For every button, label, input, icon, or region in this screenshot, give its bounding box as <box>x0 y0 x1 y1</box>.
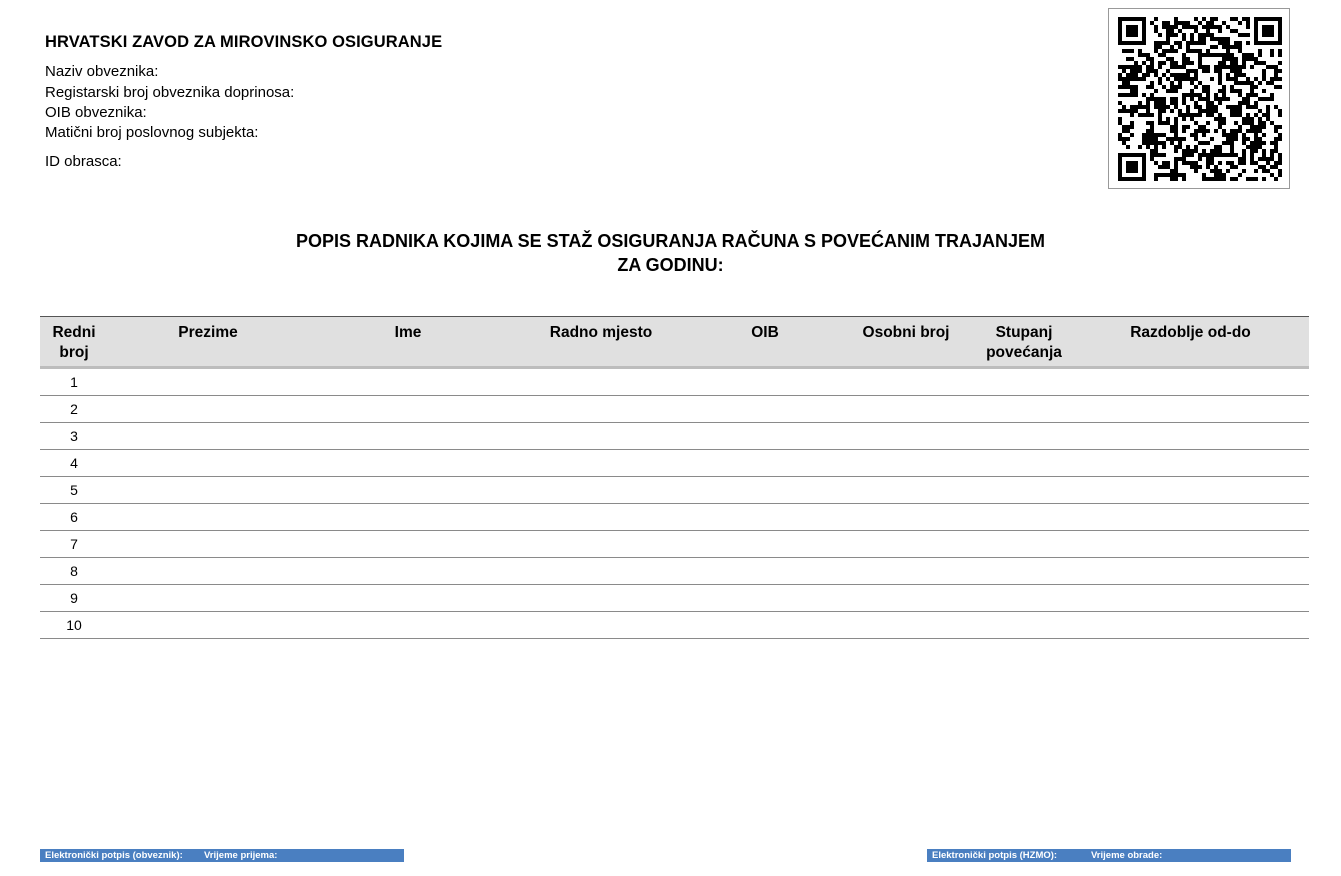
cell-stupanj <box>976 368 1072 396</box>
field-id-obrasca: ID obrasca: <box>45 152 122 172</box>
col-header-stupanj-povecanja: Stupanj povećanja <box>976 317 1072 368</box>
cell-radno-mjesto <box>508 477 694 504</box>
table-row: 6 <box>40 504 1309 531</box>
cell-razdoblje <box>1072 450 1309 477</box>
cell-ime <box>308 504 508 531</box>
cell-stupanj <box>976 423 1072 450</box>
table-row: 4 <box>40 450 1309 477</box>
table-row: 5 <box>40 477 1309 504</box>
cell-prezime <box>108 450 308 477</box>
cell-osobni-broj <box>836 558 976 585</box>
col-header-redni-broj: Redni broj <box>40 317 108 368</box>
col-header-oib: OIB <box>694 317 836 368</box>
cell-redni-broj: 5 <box>40 477 108 504</box>
cell-ime <box>308 558 508 585</box>
col-header-osobni-broj: Osobni broj <box>836 317 976 368</box>
employee-table: Redni broj Prezime Ime Radno mjesto OIB … <box>40 316 1309 639</box>
cell-ime <box>308 423 508 450</box>
cell-osobni-broj <box>836 612 976 639</box>
cell-redni-broj: 3 <box>40 423 108 450</box>
cell-oib <box>694 612 836 639</box>
cell-radno-mjesto <box>508 531 694 558</box>
field-naziv-obveznika: Naziv obveznika: <box>45 62 158 82</box>
cell-ime <box>308 450 508 477</box>
cell-razdoblje <box>1072 558 1309 585</box>
cell-ime <box>308 585 508 612</box>
cell-ime <box>308 368 508 396</box>
table-row: 10 <box>40 612 1309 639</box>
cell-oib <box>694 585 836 612</box>
field-registarski-broj: Registarski broj obveznika doprinosa: <box>45 83 294 103</box>
col-header-razdoblje: Razdoblje od-do <box>1072 317 1309 368</box>
cell-redni-broj: 2 <box>40 396 108 423</box>
table-row: 3 <box>40 423 1309 450</box>
cell-razdoblje <box>1072 531 1309 558</box>
cell-oib <box>694 558 836 585</box>
cell-oib <box>694 368 836 396</box>
table-row: 1 <box>40 368 1309 396</box>
field-label: ID obrasca: <box>45 153 122 170</box>
time-label: Vrijeme prijema: <box>204 849 277 862</box>
field-label: OIB obveznika: <box>45 104 147 121</box>
table-row: 7 <box>40 531 1309 558</box>
cell-stupanj <box>976 585 1072 612</box>
signature-bar-hzmo: Elektronički potpis (HZMO):Vrijeme obrad… <box>927 849 1291 862</box>
cell-stupanj <box>976 558 1072 585</box>
organization-title: HRVATSKI ZAVOD ZA MIROVINSKO OSIGURANJE <box>45 33 442 52</box>
cell-razdoblje <box>1072 477 1309 504</box>
cell-redni-broj: 10 <box>40 612 108 639</box>
document-title: POPIS RADNIKA KOJIMA SE STAŽ OSIGURANJA … <box>0 229 1341 253</box>
cell-oib <box>694 504 836 531</box>
table-row: 2 <box>40 396 1309 423</box>
cell-stupanj <box>976 531 1072 558</box>
cell-stupanj <box>976 396 1072 423</box>
cell-prezime <box>108 477 308 504</box>
cell-redni-broj: 1 <box>40 368 108 396</box>
cell-radno-mjesto <box>508 368 694 396</box>
cell-osobni-broj <box>836 450 976 477</box>
cell-osobni-broj <box>836 531 976 558</box>
col-header-prezime: Prezime <box>108 317 308 368</box>
cell-osobni-broj <box>836 368 976 396</box>
cell-prezime <box>108 368 308 396</box>
cell-radno-mjesto <box>508 504 694 531</box>
cell-prezime <box>108 504 308 531</box>
table-row: 8 <box>40 558 1309 585</box>
cell-redni-broj: 4 <box>40 450 108 477</box>
cell-oib <box>694 531 836 558</box>
cell-osobni-broj <box>836 504 976 531</box>
cell-prezime <box>108 612 308 639</box>
cell-ime <box>308 396 508 423</box>
cell-redni-broj: 7 <box>40 531 108 558</box>
cell-prezime <box>108 423 308 450</box>
cell-razdoblje <box>1072 612 1309 639</box>
cell-radno-mjesto <box>508 423 694 450</box>
cell-radno-mjesto <box>508 612 694 639</box>
cell-redni-broj: 8 <box>40 558 108 585</box>
col-header-ime: Ime <box>308 317 508 368</box>
cell-prezime <box>108 531 308 558</box>
cell-razdoblje <box>1072 504 1309 531</box>
cell-ime <box>308 531 508 558</box>
cell-radno-mjesto <box>508 450 694 477</box>
time-label: Vrijeme obrade: <box>1091 849 1162 862</box>
qr-code-icon <box>1108 8 1290 189</box>
field-label: Matični broj poslovnog subjekta: <box>45 124 258 141</box>
cell-razdoblje <box>1072 368 1309 396</box>
cell-ime <box>308 477 508 504</box>
cell-osobni-broj <box>836 423 976 450</box>
cell-redni-broj: 6 <box>40 504 108 531</box>
cell-radno-mjesto <box>508 396 694 423</box>
cell-prezime <box>108 585 308 612</box>
document-subtitle: ZA GODINU: <box>0 253 1341 277</box>
table-header-row: Redni broj Prezime Ime Radno mjesto OIB … <box>40 317 1309 368</box>
cell-oib <box>694 396 836 423</box>
cell-ime <box>308 612 508 639</box>
cell-oib <box>694 450 836 477</box>
cell-prezime <box>108 558 308 585</box>
cell-stupanj <box>976 612 1072 639</box>
cell-radno-mjesto <box>508 558 694 585</box>
field-label: Naziv obveznika: <box>45 63 158 80</box>
field-oib-obveznika: OIB obveznika: <box>45 103 147 123</box>
cell-razdoblje <box>1072 423 1309 450</box>
cell-osobni-broj <box>836 396 976 423</box>
cell-stupanj <box>976 450 1072 477</box>
signature-label: Elektronički potpis (obveznik): <box>45 849 204 862</box>
cell-stupanj <box>976 504 1072 531</box>
cell-osobni-broj <box>836 585 976 612</box>
cell-oib <box>694 477 836 504</box>
table-row: 9 <box>40 585 1309 612</box>
cell-oib <box>694 423 836 450</box>
cell-radno-mjesto <box>508 585 694 612</box>
cell-stupanj <box>976 477 1072 504</box>
cell-redni-broj: 9 <box>40 585 108 612</box>
field-maticni-broj: Matični broj poslovnog subjekta: <box>45 123 258 143</box>
col-header-radno-mjesto: Radno mjesto <box>508 317 694 368</box>
signature-bar-obveznik: Elektronički potpis (obveznik):Vrijeme p… <box>40 849 404 862</box>
cell-razdoblje <box>1072 585 1309 612</box>
cell-razdoblje <box>1072 396 1309 423</box>
field-label: Registarski broj obveznika doprinosa: <box>45 84 294 101</box>
signature-label: Elektronički potpis (HZMO): <box>932 849 1091 862</box>
cell-osobni-broj <box>836 477 976 504</box>
cell-prezime <box>108 396 308 423</box>
